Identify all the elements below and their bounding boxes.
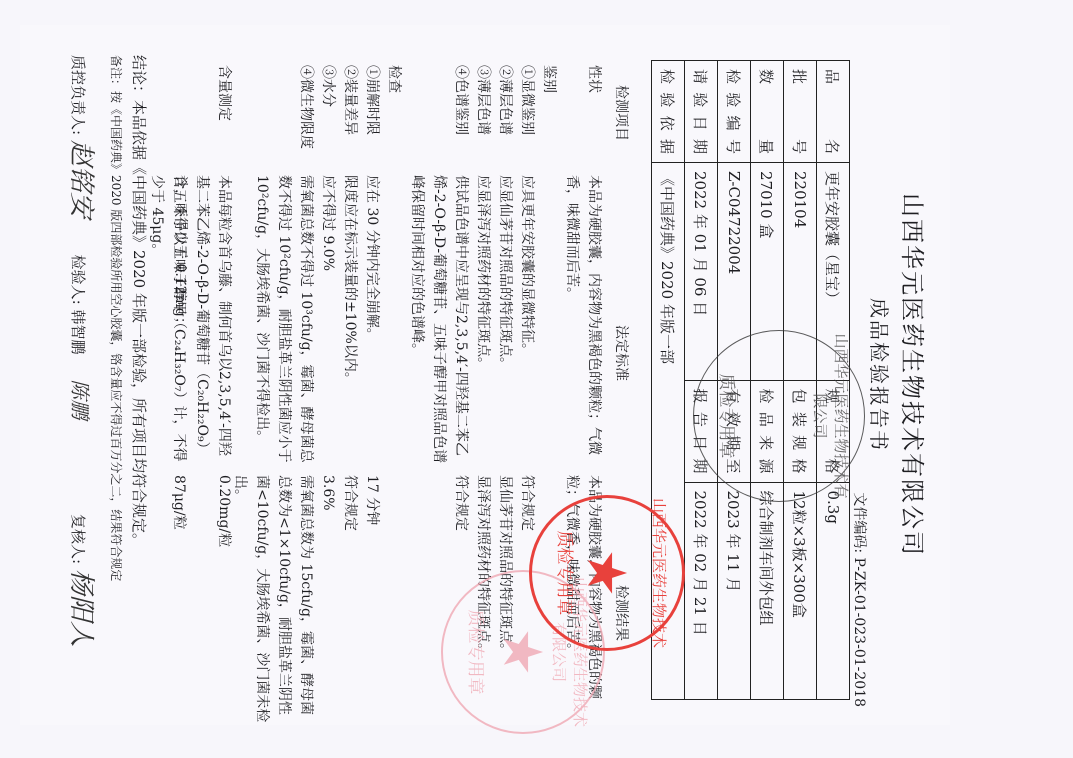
star-icon: ★	[576, 549, 639, 597]
row-item: 性状	[583, 65, 605, 93]
info-label1: 批 号	[784, 61, 817, 163]
row-item: ①显微鉴别	[516, 65, 538, 135]
row-result: 17 分钟	[361, 475, 383, 725]
info-value2: 综合制剂车间外包组	[751, 482, 784, 700]
remark: 备注：按《中国药典》2020 版四部检验所用空心胶囊，铬含量应不得过百万分之二，…	[108, 55, 125, 581]
info-label1: 请验日期	[685, 61, 718, 163]
row-item: ②装量差异	[339, 65, 361, 135]
row-standard: 应不得过 9.0%	[317, 175, 339, 465]
row-standard: 应在 30 分钟内完全崩解。	[361, 175, 383, 465]
row-result: 需氧菌总数为 15cfu/g，霉菌、酵母菌总数为<1×10cfu/g，耐胆盐革兰…	[229, 475, 317, 725]
row-item: ③薄层色谱	[472, 65, 494, 135]
row-standard: 应显仙茅苷对照品的特征斑点。	[494, 175, 516, 465]
info-value2: 12粒×3板×300盒	[784, 482, 817, 700]
qc-label: 质控负责人:	[68, 55, 89, 135]
column-header-item: 检测项目	[610, 85, 632, 141]
report-page: 山西华元医药生物技术有限公司 成品检验报告书 文件编码: P-ZK-01-023…	[20, 25, 950, 725]
row-item: ④色谱鉴别	[450, 65, 472, 135]
info-label1: 数 量	[751, 61, 784, 163]
inspector-signature: 陈鹏	[67, 379, 96, 509]
info-label1: 检验编号	[718, 61, 751, 163]
info-value2: 2023 年 11 月	[718, 482, 751, 700]
row-standard: 限度应在标示装量的±10%以内。	[339, 175, 361, 465]
info-label1: 检验依据	[652, 61, 685, 163]
row-result: 87μg/粒	[168, 475, 190, 725]
row-result: 0.20mg/粒	[213, 475, 235, 725]
info-value2: 2022 年 02 月 21 日	[685, 482, 718, 700]
row-item: ③水分	[317, 65, 339, 107]
row-item: 检查	[383, 65, 405, 93]
row-item: 含量测定	[213, 65, 235, 121]
report-title: 成品检验报告书	[866, 25, 895, 725]
row-item: ②薄层色谱	[494, 65, 516, 135]
column-header-standard: 法定标准	[610, 325, 632, 381]
signatures: 质控负责人: 赵铭安 检验人: 韩智鹏 陈鹏 复核人: 杨阳人	[65, 55, 102, 715]
info-label1: 品 名	[817, 61, 850, 163]
row-standard: 应显泽泻对照药材的特征斑点。	[472, 175, 494, 465]
conclusion: 结论：本品依据《中国药典》2020 年版一部检验，所有项目均符合规定。	[129, 55, 150, 548]
qc-signature: 赵铭安	[65, 140, 102, 250]
row-standard: 供试品色谱中应呈现与2,3,5,4′-四羟基二苯乙烯-2-O-β-D-葡萄糖苷、…	[406, 175, 472, 465]
document-code: 文件编码: P-ZK-01-023-01-2018	[850, 492, 870, 707]
row-result: 3.6%	[317, 475, 339, 725]
row-standard: 需氧菌总数不得过 10³cfu/g，霉菌、酵母菌总数不得过 10²cfu/g，耐…	[251, 175, 317, 465]
company-name: 山西华元医药生物技术有限公司	[897, 25, 932, 725]
info-value2: 0.3g	[817, 482, 850, 700]
row-item: ④微生物限度	[295, 65, 317, 149]
inspector-label: 检验人:	[68, 255, 89, 305]
row-item: ①崩解时限	[361, 65, 383, 135]
quality-seal-red: 山西华元医药生物技术 ★ 质检专用章	[529, 495, 685, 651]
row-standard: 应具更年安胶囊的显微特征。	[516, 175, 538, 465]
info-value1: 2022 年 01 月 06 日	[685, 163, 718, 381]
reviewer-label: 复核人:	[68, 514, 89, 564]
star-icon: ★	[492, 628, 555, 676]
row-result: 符合规定	[339, 475, 361, 725]
reviewer-signature: 杨阳人	[65, 569, 102, 647]
row-standard: 含五味子以五味子醇甲（C₂₄H₃₂O₇）计，不得少于 45μg。	[146, 175, 190, 465]
inspector-name: 韩智鹏	[68, 309, 89, 354]
row-item: 鉴别	[538, 65, 560, 93]
quality-seal-black: 山西华元医药生物技术有限公司 质检专用章	[693, 330, 865, 502]
row-standard: 本品为硬胶囊，内容物为黑褐色的颗粒；气微香，味微甜而后苦。	[561, 175, 605, 465]
